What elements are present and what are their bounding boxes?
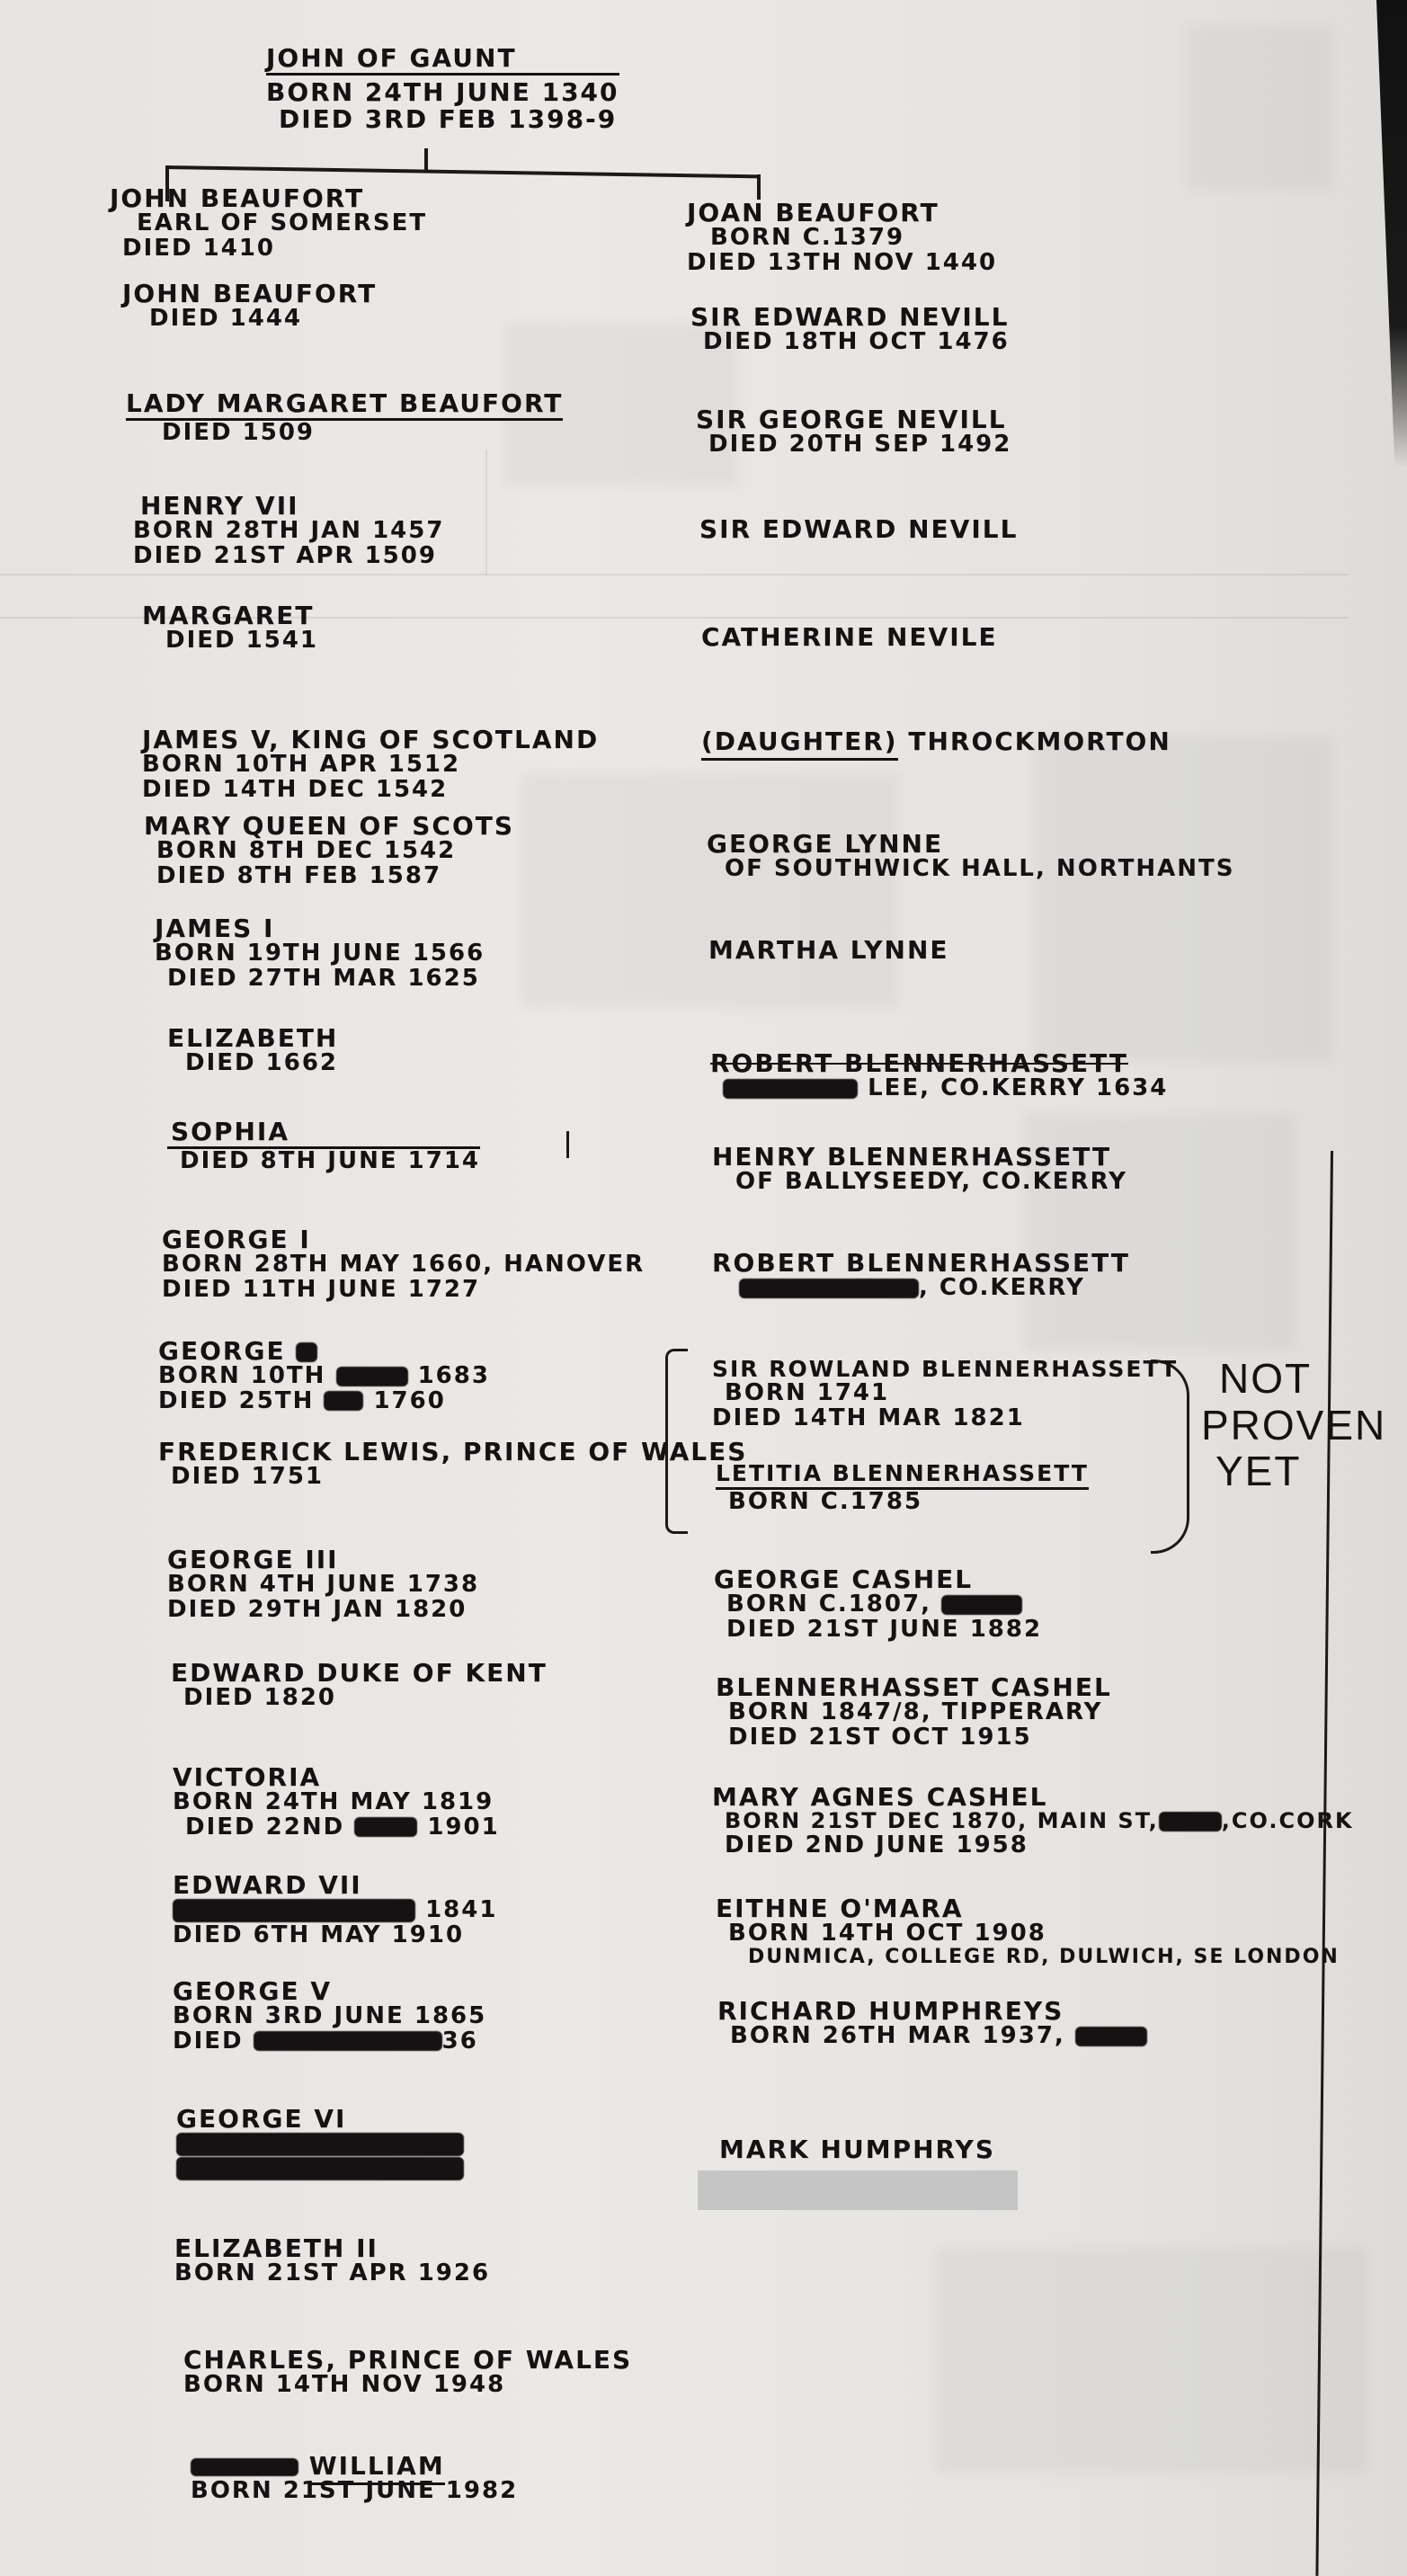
person-name: HENRY BLENNERHASSETT [712, 1144, 1127, 1170]
scribbled-out [324, 1391, 363, 1411]
tree-node: MARK HUMPHRYS [719, 2136, 995, 2162]
person-name: CATHERINE NEVILE [701, 624, 998, 650]
birth-date: BORN 10TH 1683 [158, 1364, 490, 1388]
birth-date: BORN 14TH OCT 1908 [716, 1921, 1340, 1946]
person-name: ROBERT BLENNERHASSETT [712, 1250, 1130, 1276]
death-date: DIED 1541 [142, 628, 318, 653]
death-date: DIED 14TH MAR 1821 [712, 1406, 1178, 1431]
person-name: MARY QUEEN OF SCOTS [144, 813, 514, 839]
tree-node: CATHERINE NEVILE [701, 624, 998, 650]
birth-date: BORN 1847/8, TIPPERARY [716, 1700, 1112, 1725]
death-date: DIED 18TH OCT 1476 [690, 330, 1010, 354]
residence: LEE, CO.KERRY 1634 [710, 1076, 1168, 1101]
person-name: JAMES I [155, 915, 485, 941]
person-name: SOPHIA [167, 1119, 480, 1149]
tree-node: HENRY VII BORN 28TH JAN 1457 DIED 21ST A… [140, 493, 444, 568]
scribbled-out [1159, 1812, 1222, 1832]
person-name: EDWARD DUKE OF KENT [171, 1660, 548, 1686]
show-through-text [1034, 737, 1331, 1061]
tree-node: EITHNE O'MARA BORN 14TH OCT 1908 DUNMICA… [716, 1895, 1340, 1967]
person-name: LADY MARGARET BEAUFORT [126, 390, 563, 421]
note-line: NOT [1219, 1356, 1386, 1403]
tree-node: GEORGE VI [176, 2106, 464, 2181]
death-date: DIED 27TH MAR 1625 [155, 967, 485, 991]
tree-node: GEORGE BORN 10TH 1683 DIED 25TH 1760 [158, 1338, 490, 1413]
birth-date: BORN 1741 [712, 1381, 1178, 1405]
residence: OF BALLYSEEDY, CO.KERRY [712, 1170, 1127, 1194]
show-through-text [1187, 27, 1331, 189]
scribbled-out [336, 1367, 408, 1386]
tree-node: SIR EDWARD NEVILL [699, 516, 1018, 542]
note-line: YET [1216, 1448, 1386, 1495]
page-edge-shadow [1376, 0, 1407, 468]
death-date: DIED 1410 [110, 236, 427, 261]
paper-sheet: JOHN OF GAUNT BORN 24TH JUNE 1340 DIED 3… [0, 0, 1407, 2576]
person-name: HENRY VII [140, 493, 444, 519]
death-date: DIED 1662 [167, 1051, 338, 1075]
scribbled-out [176, 2157, 464, 2180]
residence: , CO.KERRY [712, 1276, 1130, 1300]
tree-connector-bar [165, 165, 761, 178]
scribbled-out [1075, 2027, 1147, 2046]
person-name: GEORGE VI [176, 2106, 464, 2132]
scribbled-out [254, 2031, 442, 2051]
person-name: SIR EDWARD NEVILL [690, 304, 1010, 330]
birth-date: BORN 21ST APR 1926 [174, 2261, 490, 2286]
tree-node: CHARLES, PRINCE OF WALES BORN 14TH NOV 1… [183, 2347, 632, 2398]
person-name: RICHARD HUMPHREYS [717, 1998, 1147, 2024]
scribbled-out [723, 1079, 858, 1099]
birth-date: BORN 28TH MAY 1660, HANOVER [162, 1252, 645, 1277]
note-line: PROVEN [1201, 1403, 1386, 1449]
person-name: SIR GEORGE NEVILL [696, 406, 1011, 432]
tree-node-root: JOHN OF GAUNT BORN 24TH JUNE 1340 DIED 3… [266, 45, 619, 132]
death-date: DIED 8TH FEB 1587 [144, 864, 514, 888]
tree-node: JAMES I BORN 19TH JUNE 1566 DIED 27TH MA… [155, 915, 485, 991]
birth-date: BORN C.1785 [716, 1490, 1089, 1514]
death-date: DIED 6TH MAY 1910 [173, 1923, 497, 1948]
not-proven-annotation: NOT PROVEN YET [1219, 1356, 1386, 1495]
birth-place: DUNMICA, COLLEGE RD, DULWICH, SE LONDON [716, 1947, 1340, 1967]
death-date: DIED 21ST OCT 1915 [716, 1725, 1112, 1750]
birth-date: BORN C.1807, [714, 1592, 1042, 1617]
tree-node-unproven: SIR ROWLAND BLENNERHASSETT BORN 1741 DIE… [712, 1358, 1178, 1431]
tree-node: MARTHA LYNNE [708, 937, 949, 963]
person-name: MARY AGNES CASHEL [712, 1784, 1354, 1810]
tree-node: JOHN BEAUFORT EARL OF SOMERSET DIED 1410 [110, 185, 427, 261]
scribbled-out [941, 1595, 1022, 1615]
death-date: DIED 21ST JUNE 1882 [714, 1618, 1042, 1642]
show-through-text [935, 2248, 1367, 2473]
residence: OF SOUTHWICK HALL, NORTHANTS [707, 857, 1234, 881]
tree-node: LADY MARGARET BEAUFORT DIED 1509 [126, 390, 563, 446]
scribbled-out [173, 1899, 415, 1922]
person-name: ELIZABETH [167, 1025, 338, 1051]
tree-node-unproven: LETITIA BLENNERHASSETT BORN C.1785 [716, 1462, 1089, 1515]
scribbled-out [739, 1279, 919, 1298]
death-date: DIED 20TH SEP 1492 [696, 432, 1011, 457]
person-name: JOAN BEAUFORT [687, 200, 997, 226]
birth-date [176, 2132, 464, 2156]
death-date: DIED 1751 [158, 1465, 747, 1489]
tree-node: HENRY BLENNERHASSETT OF BALLYSEEDY, CO.K… [712, 1144, 1127, 1195]
death-date: DIED 11TH JUNE 1727 [162, 1278, 645, 1302]
tree-node: ROBERT BLENNERHASSETT , CO.KERRY [712, 1250, 1130, 1301]
tree-node: JOAN BEAUFORT BORN C.1379 DIED 13TH NOV … [687, 200, 997, 275]
person-name: GEORGE LYNNE [707, 831, 1234, 857]
scribbled-out [354, 1817, 417, 1837]
person-name: GEORGE CASHEL [714, 1566, 1042, 1592]
tree-node: RICHARD HUMPHREYS BORN 26TH MAR 1937, [717, 1998, 1147, 2049]
birth-date: BORN 21ST JUNE 1982 [191, 2479, 518, 2503]
person-name: ROBERT BLENNERHASSETT [710, 1050, 1168, 1076]
death-date: DIED 3RD FEB 1398-9 [266, 106, 619, 132]
birth-date: BORN C.1379 [687, 226, 997, 250]
tree-connector-stem [424, 148, 428, 172]
birth-date: BORN 14TH NOV 1948 [183, 2373, 632, 2397]
death-date [176, 2157, 464, 2181]
person-title: EARL OF SOMERSET [110, 211, 427, 236]
person-name: GEORGE [158, 1338, 490, 1364]
person-name: LETITIA BLENNERHASSETT [716, 1462, 1089, 1490]
birth-date: BORN 4TH JUNE 1738 [167, 1573, 479, 1597]
person-name: EDWARD VII [173, 1872, 497, 1898]
show-through-text [521, 773, 899, 1007]
person-name: SIR EDWARD NEVILL [699, 516, 1018, 542]
stray-mark [566, 1131, 569, 1158]
birth-date: BORN 3RD JUNE 1865 [173, 2004, 486, 2028]
tree-node: GEORGE I BORN 28TH MAY 1660, HANOVER DIE… [162, 1226, 645, 1302]
death-date: DIED 1509 [126, 421, 563, 445]
redaction-bar [698, 2170, 1018, 2210]
tree-node: GEORGE V BORN 3RD JUNE 1865 DIED 36 [173, 1978, 486, 2054]
death-date: DIED 1820 [171, 1686, 548, 1710]
tree-node: ELIZABETH DIED 1662 [167, 1025, 338, 1076]
death-date: DIED 36 [173, 2029, 486, 2054]
birth-date: BORN 24TH JUNE 1340 [266, 79, 619, 105]
death-date: DIED 21ST APR 1509 [133, 544, 444, 568]
tree-node: WILLIAM BORN 21ST JUNE 1982 [191, 2453, 518, 2504]
tree-node: ROBERT BLENNERHASSETT LEE, CO.KERRY 1634 [710, 1050, 1168, 1101]
tree-node: (DAUGHTER) THROCKMORTON [701, 728, 1171, 754]
birth-date: BORN 10TH APR 1512 [142, 753, 599, 777]
death-date: DIED 29TH JAN 1820 [167, 1598, 479, 1622]
tree-node: MARY QUEEN OF SCOTS BORN 8TH DEC 1542 DI… [144, 813, 514, 888]
tree-node: SOPHIA DIED 8TH JUNE 1714 [167, 1119, 480, 1174]
birth-date: 1841 [173, 1898, 497, 1922]
tree-node: MARY AGNES CASHEL BORN 21ST DEC 1870, MA… [712, 1784, 1354, 1858]
birth-date: BORN 8TH DEC 1542 [144, 839, 514, 863]
person-name: BLENNERHASSET CASHEL [716, 1674, 1112, 1700]
tree-node: MARGARET DIED 1541 [142, 602, 318, 654]
person-name: JOHN BEAUFORT [110, 185, 427, 211]
person-name: JOHN BEAUFORT [122, 281, 377, 307]
death-date: DIED 14TH DEC 1542 [142, 778, 599, 802]
tree-node: JAMES V, KING OF SCOTLAND BORN 10TH APR … [142, 726, 599, 802]
person-name: JAMES V, KING OF SCOTLAND [142, 726, 599, 753]
death-date: DIED 2ND JUNE 1958 [712, 1833, 1354, 1858]
person-name: CHARLES, PRINCE OF WALES [183, 2347, 632, 2373]
person-name: GEORGE III [167, 1546, 479, 1573]
person-name: MARGARET [142, 602, 318, 628]
tree-node: EDWARD DUKE OF KENT DIED 1820 [171, 1660, 548, 1711]
person-name: SIR ROWLAND BLENNERHASSETT [712, 1358, 1178, 1381]
person-name: FREDERICK LEWIS, PRINCE OF WALES [158, 1439, 747, 1465]
scribbled-out [296, 1342, 317, 1362]
person-name: ELIZABETH II [174, 2235, 490, 2261]
tree-node: ELIZABETH II BORN 21ST APR 1926 [174, 2235, 490, 2286]
tree-node: SIR EDWARD NEVILL DIED 18TH OCT 1476 [690, 304, 1010, 355]
person-name: VICTORIA [173, 1764, 500, 1790]
birth-date: BORN 28TH JAN 1457 [133, 519, 444, 543]
scribbled-out [191, 2458, 298, 2476]
tree-node: FREDERICK LEWIS, PRINCE OF WALES DIED 17… [158, 1439, 747, 1490]
person-name: MARK HUMPHRYS [719, 2136, 995, 2162]
person-name: WILLIAM [191, 2453, 518, 2479]
show-through-rule [0, 574, 1349, 575]
person-name: JOHN OF GAUNT [266, 45, 619, 76]
show-through-rule [485, 450, 487, 575]
tree-node: EDWARD VII 1841 DIED 6TH MAY 1910 [173, 1872, 497, 1948]
person-name: (DAUGHTER) THROCKMORTON [701, 728, 1171, 754]
death-date: DIED 25TH 1760 [158, 1389, 490, 1413]
person-name: GEORGE I [162, 1226, 645, 1252]
person-name: MARTHA LYNNE [708, 937, 949, 963]
death-date: DIED 1444 [122, 307, 377, 331]
death-date: DIED 8TH JUNE 1714 [167, 1149, 480, 1173]
birth-date: BORN 21ST DEC 1870, MAIN ST,,CO.CORK [712, 1810, 1354, 1832]
tree-node: GEORGE CASHEL BORN C.1807, DIED 21ST JUN… [714, 1566, 1042, 1642]
tree-node: VICTORIA BORN 24TH MAY 1819 DIED 22ND 19… [173, 1764, 500, 1840]
scribbled-out [176, 2133, 464, 2156]
birth-date: BORN 26TH MAR 1937, [717, 2024, 1147, 2048]
tree-node: GEORGE III BORN 4TH JUNE 1738 DIED 29TH … [167, 1546, 479, 1622]
tree-node: JOHN BEAUFORT DIED 1444 [122, 281, 377, 332]
birth-date: BORN 24TH MAY 1819 [173, 1790, 500, 1814]
death-date: DIED 13TH NOV 1440 [687, 251, 997, 275]
tree-node: SIR GEORGE NEVILL DIED 20TH SEP 1492 [696, 406, 1011, 458]
death-date: DIED 22ND 1901 [173, 1815, 500, 1840]
birth-date: BORN 19TH JUNE 1566 [155, 941, 485, 966]
tree-node: GEORGE LYNNE OF SOUTHWICK HALL, NORTHANT… [707, 831, 1234, 882]
person-name: GEORGE V [173, 1978, 486, 2004]
tree-connector-right-drop [757, 174, 761, 200]
person-name: EITHNE O'MARA [716, 1895, 1340, 1921]
tree-node: BLENNERHASSET CASHEL BORN 1847/8, TIPPER… [716, 1674, 1112, 1750]
